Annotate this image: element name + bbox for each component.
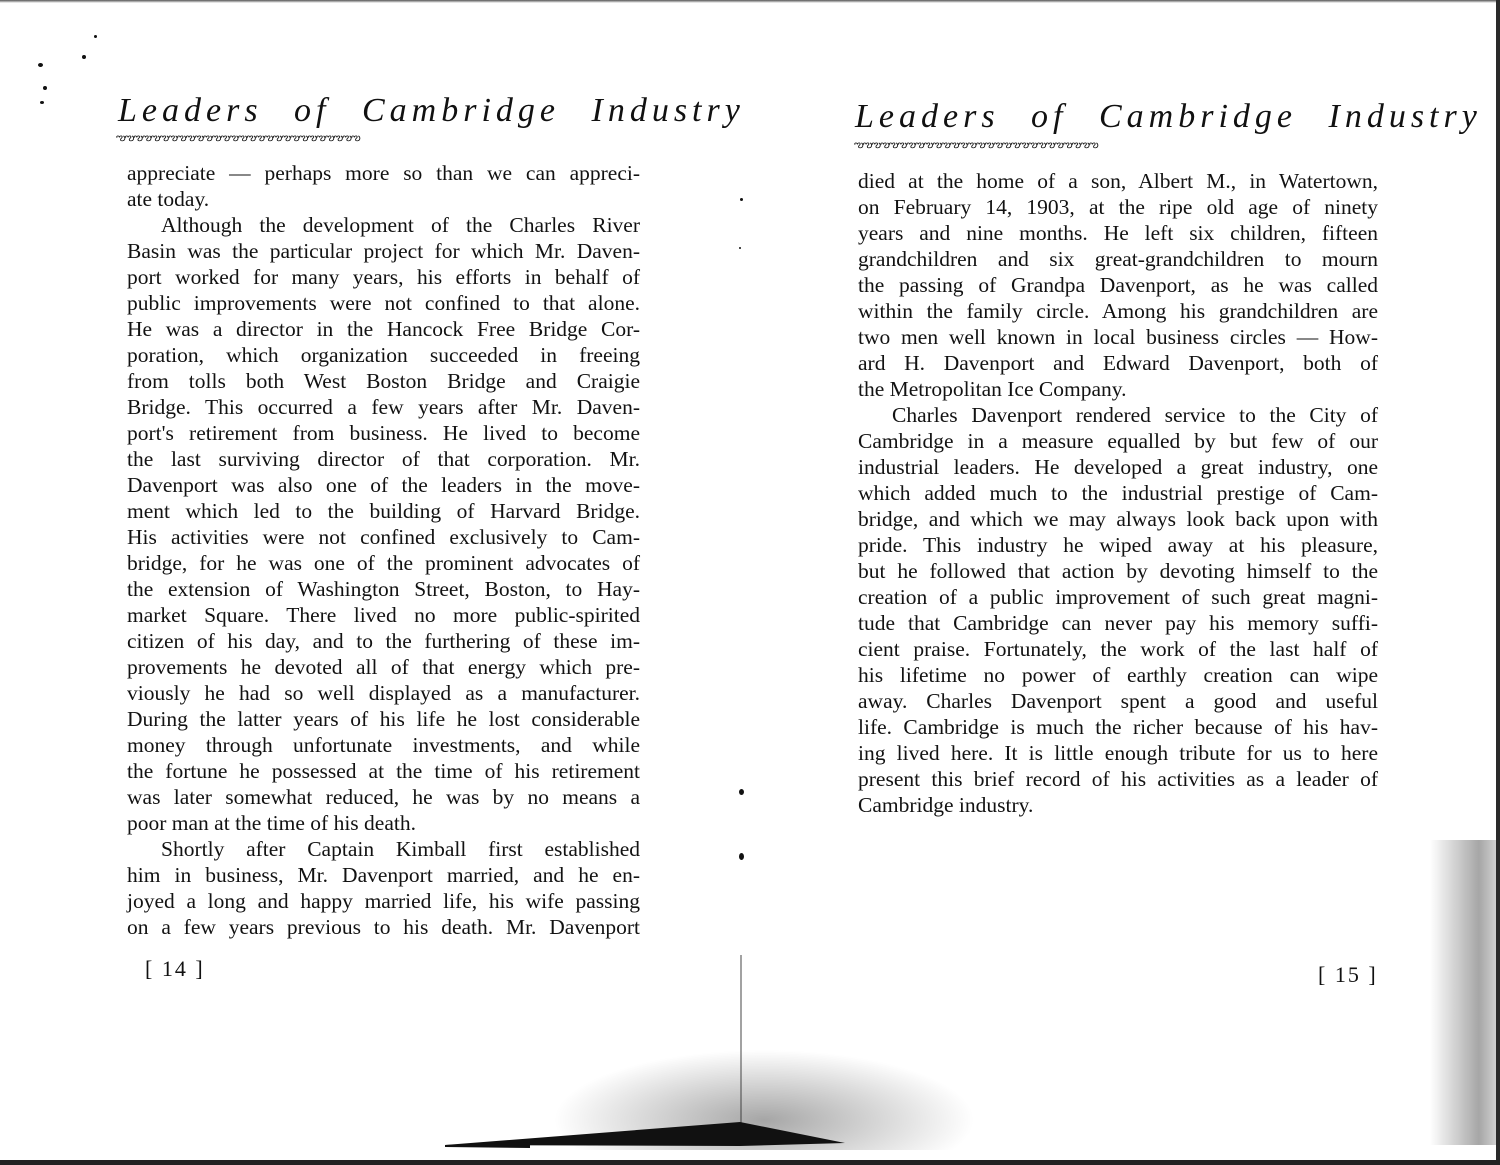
text-line: away. Charles Davenport spent a good and… bbox=[858, 688, 1378, 714]
text-line: present this brief record of his activit… bbox=[858, 766, 1378, 792]
right-page-body: died at the home of a son, Albert M., in… bbox=[858, 168, 1378, 818]
speck bbox=[740, 198, 743, 201]
page-edge-shadow bbox=[1430, 840, 1500, 1145]
text-line: He was a director in the Hancock Free Br… bbox=[127, 316, 640, 342]
text-line: money through unfortunate investments, a… bbox=[127, 732, 640, 758]
text-line: Davenport was also one of the leaders in… bbox=[127, 472, 640, 498]
text-line: creation of a public improvement of such… bbox=[858, 584, 1378, 610]
text-line: Cambridge industry. bbox=[858, 792, 1378, 818]
text-line: joyed a long and happy married life, his… bbox=[127, 888, 640, 914]
text-line: ment which led to the building of Harvar… bbox=[127, 498, 640, 524]
text-line: industrial leaders. He developed a great… bbox=[858, 454, 1378, 480]
text-line: poration, which organization succeeded i… bbox=[127, 342, 640, 368]
text-line: was later somewhat reduced, he was by no… bbox=[127, 784, 640, 810]
text-line: port worked for many years, his efforts … bbox=[127, 264, 640, 290]
text-line: Basin was the particular project for whi… bbox=[127, 238, 640, 264]
speck bbox=[40, 101, 44, 104]
speck bbox=[739, 789, 744, 795]
text-line: grandchildren and six great-grandchildre… bbox=[858, 246, 1378, 272]
text-line: poor man at the time of his death. bbox=[127, 810, 640, 836]
speck bbox=[94, 35, 97, 38]
running-head-right: Leaders of Cambridge Industry bbox=[855, 98, 1482, 136]
text-line: but he followed that action by devoting … bbox=[858, 558, 1378, 584]
scan-bottom-edge bbox=[0, 1160, 1500, 1165]
text-line: him in business, Mr. Davenport married, … bbox=[127, 862, 640, 888]
text-line: died at the home of a son, Albert M., in… bbox=[858, 168, 1378, 194]
paragraph-start-line: Charles Davenport rendered service to th… bbox=[858, 402, 1378, 428]
speck bbox=[43, 86, 47, 90]
text-line: within the family circle. Among his gran… bbox=[858, 298, 1378, 324]
text-line: provements he devoted all of that energy… bbox=[127, 654, 640, 680]
text-line: market Square. There lived no more publi… bbox=[127, 602, 640, 628]
text-line: port's retirement from business. He live… bbox=[127, 420, 640, 446]
speck bbox=[739, 247, 741, 249]
text-line: citizen of his day, and to the furtherin… bbox=[127, 628, 640, 654]
text-line: ing lived here. It is little enough trib… bbox=[858, 740, 1378, 766]
text-line: ate today. bbox=[127, 186, 640, 212]
text-line: ard H. Davenport and Edward Davenport, b… bbox=[858, 350, 1378, 376]
speck bbox=[739, 853, 744, 860]
left-page-body: appreciate — perhaps more so than we can… bbox=[127, 160, 640, 940]
text-line: two men well known in local business cir… bbox=[858, 324, 1378, 350]
text-line: His activities were not confined exclusi… bbox=[127, 524, 640, 550]
speck bbox=[82, 55, 86, 59]
speck bbox=[38, 63, 43, 67]
text-line: from tolls both West Boston Bridge and C… bbox=[127, 368, 640, 394]
text-line: bridge, for he was one of the prominent … bbox=[127, 550, 640, 576]
text-line: the fortune he possessed at the time of … bbox=[127, 758, 640, 784]
scan-right-edge bbox=[1496, 0, 1500, 1165]
text-line: viously he had so well displayed as a ma… bbox=[127, 680, 640, 706]
paragraph-start-line: Although the development of the Charles … bbox=[127, 212, 640, 238]
text-line: on a few years previous to his death. Mr… bbox=[127, 914, 640, 940]
text-line: public improvements were not confined to… bbox=[127, 290, 640, 316]
text-line: his lifetime no power of earthly creatio… bbox=[858, 662, 1378, 688]
text-line: the extension of Washington Street, Bost… bbox=[127, 576, 640, 602]
text-line: the last surviving director of that corp… bbox=[127, 446, 640, 472]
text-line: pride. This industry he wiped away at hi… bbox=[858, 532, 1378, 558]
page-number-left: [ 14 ] bbox=[145, 956, 205, 982]
text-line: appreciate — perhaps more so than we can… bbox=[127, 160, 640, 186]
page-number-right: [ 15 ] bbox=[1318, 962, 1378, 988]
paragraph-start-line: Shortly after Captain Kimball first esta… bbox=[127, 836, 640, 862]
text-line: During the latter years of his life he l… bbox=[127, 706, 640, 732]
text-line: the Metropolitan Ice Company. bbox=[858, 376, 1378, 402]
ornament-rule-right: ఌఌఌఌఌఌఌఌఌఌఌఌఌఌఌఌఌఌఌఌఌఌఌఌఌఌఌఌ bbox=[854, 140, 1384, 150]
text-line: on February 14, 1903, at the ripe old ag… bbox=[858, 194, 1378, 220]
text-line: cient praise. Fortunately, the work of t… bbox=[858, 636, 1378, 662]
ornament-rule-left: ఌఌఌఌఌఌఌఌఌఌఌఌఌఌఌఌఌఌఌఌఌఌఌఌఌఌఌఌ bbox=[116, 133, 644, 143]
text-line: Cambridge in a measure equalled by but f… bbox=[858, 428, 1378, 454]
ornament-rule-glyphs: ఌఌఌఌఌఌఌఌఌఌఌఌఌఌఌఌఌఌఌఌఌఌఌఌఌఌఌఌ bbox=[116, 134, 360, 143]
running-head-left: Leaders of Cambridge Industry bbox=[118, 92, 745, 130]
text-line: which added much to the industrial prest… bbox=[858, 480, 1378, 506]
gutter-shadow bbox=[440, 950, 1040, 1150]
text-line: years and nine months. He left six child… bbox=[858, 220, 1378, 246]
text-line: Bridge. This occurred a few years after … bbox=[127, 394, 640, 420]
text-line: tude that Cambridge can never pay his me… bbox=[858, 610, 1378, 636]
text-line: bridge, and which we may always look bac… bbox=[858, 506, 1378, 532]
text-line: life. Cambridge is much the richer becau… bbox=[858, 714, 1378, 740]
text-line: the passing of Grandpa Davenport, as he … bbox=[858, 272, 1378, 298]
ornament-rule-glyphs: ఌఌఌఌఌఌఌఌఌఌఌఌఌఌఌఌఌఌఌఌఌఌఌఌఌఌఌఌ bbox=[854, 141, 1098, 150]
